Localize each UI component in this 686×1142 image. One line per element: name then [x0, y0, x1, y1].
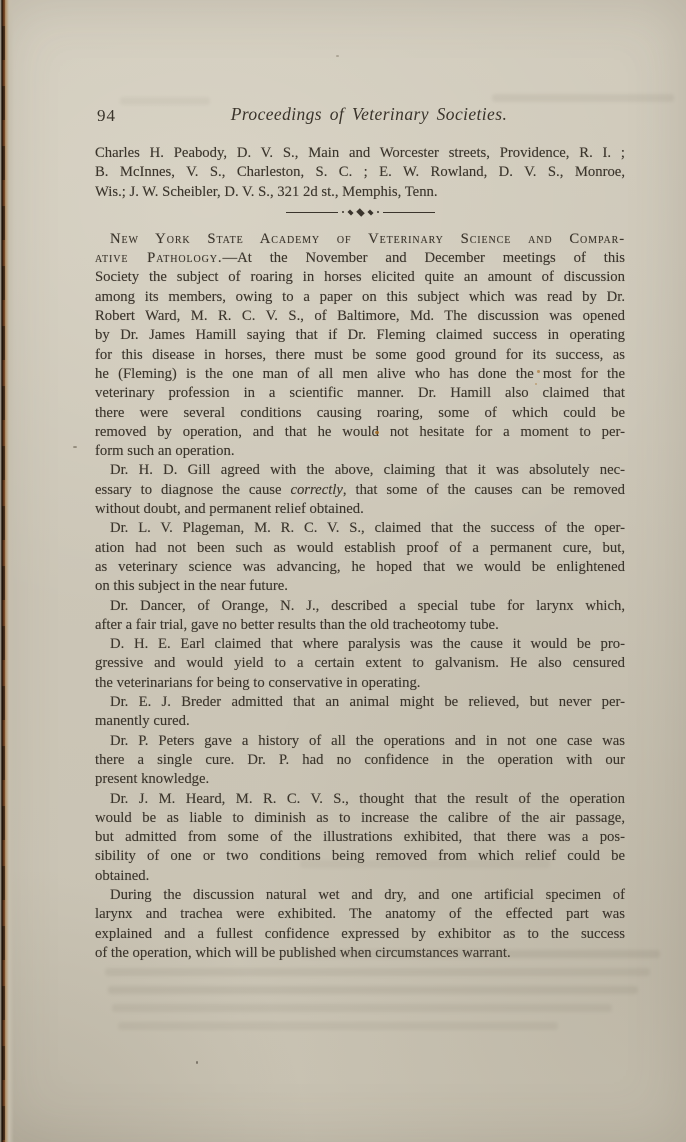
text-run: would be as liable to diminish as to inc… — [95, 810, 625, 826]
text-run: obtained. — [95, 868, 149, 884]
paragraph: Charles H. Peabody, D. V. S., Main and W… — [95, 144, 625, 202]
stain — [537, 370, 540, 373]
text-run: for this disease in horses, there must b… — [95, 347, 625, 363]
text-run: there a single cure. Dr. P. had no confi… — [95, 752, 625, 768]
text-run: Robert Ward, M. R. C. V. S., of Baltimor… — [95, 308, 625, 324]
bleed-through-ghost — [108, 986, 638, 994]
text-line: ation had not been such as would establi… — [95, 539, 625, 558]
running-head: 94 Proceedings of Veterinary Societies. — [95, 104, 629, 130]
text-line: without doubt, and permanent relief obta… — [95, 500, 625, 519]
text-run: Wis.; J. W. Scheibler, D. V. S., 321 2d … — [95, 184, 438, 200]
scanned-book-page: 94 Proceedings of Veterinary Societies. … — [0, 0, 686, 1142]
text-run: after a fair trial, gave no better resul… — [95, 617, 499, 633]
bleed-through-ghost — [300, 950, 660, 958]
text-line: gressive and would yield to a certain ex… — [95, 654, 625, 673]
text-line: by Dr. James Hamill saying that if Dr. F… — [95, 326, 625, 345]
text-line: Wis.; J. W. Scheibler, D. V. S., 321 2d … — [95, 183, 625, 202]
text-run: removed by operation, and that he would … — [95, 424, 625, 440]
paragraph: Dr. J. M. Heard, M. R. C. V. S., thought… — [95, 790, 625, 886]
text-run: without doubt, and permanent relief obta… — [95, 501, 364, 517]
text-line: manently cured. — [95, 712, 625, 731]
text-line: Dr. J. M. Heard, M. R. C. V. S., thought… — [95, 790, 625, 809]
text-line: the veterinarians for being to conservat… — [95, 674, 625, 693]
text-run: ation had not been such as would establi… — [95, 540, 625, 556]
text-line: among its members, owing to a paper on t… — [95, 288, 625, 307]
text-line: During the discussion natural wet and dr… — [95, 886, 625, 905]
text-line: there a single cure. Dr. P. had no confi… — [95, 751, 625, 770]
text-line: larynx and trachea were exhibited. The a… — [95, 905, 625, 924]
stain — [535, 383, 537, 385]
text-line: present knowledge. — [95, 770, 625, 789]
text-run: D. H. E. Earl claimed that where paralys… — [110, 636, 625, 652]
text-run: explained and a fullest confidence expre… — [95, 926, 625, 942]
text-line: veterinary profession in a scientific ma… — [95, 384, 625, 403]
text-run: , that some of the causes can be removed — [343, 482, 625, 498]
text-run: Dr. H. D. Gill agreed with the above, cl… — [110, 462, 625, 478]
paragraph: Dr. Dancer, of Orange, N. J., described … — [95, 597, 625, 636]
text-line: Dr. Dancer, of Orange, N. J., described … — [95, 597, 625, 616]
text-line: ative Pathology.—At the November and Dec… — [95, 249, 625, 268]
bleed-through-ghost — [118, 1022, 558, 1030]
text-line: Dr. H. D. Gill agreed with the above, cl… — [95, 461, 625, 480]
text-line: Dr. E. J. Breder admitted that an animal… — [95, 693, 625, 712]
text-run: Dr. L. V. Plageman, M. R. C. V. S., clai… — [110, 520, 625, 536]
text-run: there were several conditions causing ro… — [95, 405, 625, 421]
text-run: correctly — [290, 482, 342, 498]
text-line: B. McInnes, V. S., Charleston, S. C. ; E… — [95, 163, 625, 182]
divider-ornament-icon — [342, 211, 344, 213]
bleed-through-ghost — [112, 1004, 612, 1012]
text-line: Society the subject of roaring in horses… — [95, 268, 625, 287]
bleed-through-ghost — [300, 860, 550, 868]
text-run: the veterinarians for being to conservat… — [95, 675, 420, 691]
text-run: Charles H. Peabody, D. V. S., Main and W… — [95, 145, 625, 161]
text-run: ative Pathology. — [95, 250, 222, 266]
text-run: Dr. J. M. Heard, M. R. C. V. S., thought… — [110, 791, 625, 807]
text-run: B. McInnes, V. S., Charleston, S. C. ; E… — [95, 164, 625, 180]
text-line: he (Fleming) is the one man of all men a… — [95, 365, 625, 384]
text-run: During the discussion natural wet and dr… — [110, 887, 625, 903]
divider-rule — [383, 212, 435, 213]
text-line: D. H. E. Earl claimed that where paralys… — [95, 635, 625, 654]
text-run: —At the November and December meetings o… — [222, 250, 625, 266]
paragraph: Dr. P. Peters gave a history of all the … — [95, 732, 625, 790]
text-run: gressive and would yield to a certain ex… — [95, 655, 625, 671]
text-run: present knowledge. — [95, 771, 209, 787]
divider-ornament-icon — [367, 209, 373, 215]
text-line: removed by operation, and that he would … — [95, 423, 625, 442]
text-line: there were several conditions causing ro… — [95, 404, 625, 423]
text-line: Robert Ward, M. R. C. V. S., of Baltimor… — [95, 307, 625, 326]
paragraph: D. H. E. Earl claimed that where paralys… — [95, 635, 625, 693]
section-divider — [95, 208, 625, 217]
text-run: larynx and trachea were exhibited. The a… — [95, 906, 625, 922]
text-run: Dr. E. J. Breder admitted that an animal… — [110, 694, 625, 710]
text-run: manently cured. — [95, 713, 190, 729]
text-line: form such an operation. — [95, 442, 625, 461]
text-line: on this subject in the near future. — [95, 577, 625, 596]
text-column: Charles H. Peabody, D. V. S., Main and W… — [95, 144, 625, 963]
text-line: but admitted from some of the illustrati… — [95, 828, 625, 847]
divider-ornament-icon — [347, 209, 353, 215]
text-run: he (Fleming) is the one man of all men a… — [95, 366, 625, 382]
bleed-through-ghost — [105, 968, 650, 976]
text-run: Dr. P. Peters gave a history of all the … — [110, 733, 625, 749]
text-line: Charles H. Peabody, D. V. S., Main and W… — [95, 144, 625, 163]
bleed-through-ghost — [492, 94, 674, 102]
paragraph: New York State Academy of Veterinary Sci… — [95, 230, 625, 462]
paragraph: Dr. H. D. Gill agreed with the above, cl… — [95, 461, 625, 519]
divider-ornament-icon — [356, 208, 365, 217]
text-run: Dr. Dancer, of Orange, N. J., described … — [110, 598, 625, 614]
text-line: Dr. P. Peters gave a history of all the … — [95, 732, 625, 751]
stain — [336, 55, 339, 57]
text-run: Society the subject of roaring in horses… — [95, 269, 625, 285]
stain — [73, 446, 77, 448]
text-run: by Dr. James Hamill saying that if Dr. F… — [95, 327, 625, 343]
paragraph: Dr. E. J. Breder admitted that an animal… — [95, 693, 625, 732]
text-line: essary to diagnose the cause correctly, … — [95, 481, 625, 500]
text-line: Dr. L. V. Plageman, M. R. C. V. S., clai… — [95, 519, 625, 538]
stain — [196, 1061, 198, 1064]
text-run: essary to diagnose the cause — [95, 482, 290, 498]
paragraph: Dr. L. V. Plageman, M. R. C. V. S., clai… — [95, 519, 625, 596]
bleed-through-ghost — [120, 97, 210, 105]
text-run: on this subject in the near future. — [95, 578, 288, 594]
stain — [375, 431, 379, 434]
text-line: as veterinary science was advancing, he … — [95, 558, 625, 577]
text-run: form such an operation. — [95, 443, 235, 459]
text-run: veterinary profession in a scientific ma… — [95, 385, 625, 401]
text-run: but admitted from some of the illustrati… — [95, 829, 625, 845]
text-run: as veterinary science was advancing, he … — [95, 559, 625, 575]
text-line: after a fair trial, gave no better resul… — [95, 616, 625, 635]
binding-edge — [0, 0, 14, 1142]
text-line: obtained. — [95, 867, 625, 886]
text-line: explained and a fullest confidence expre… — [95, 925, 625, 944]
running-title: Proceedings of Veterinary Societies. — [95, 104, 643, 125]
text-run: among its members, owing to a paper on t… — [95, 289, 625, 305]
text-line: for this disease in horses, there must b… — [95, 346, 625, 365]
text-line: would be as liable to diminish as to inc… — [95, 809, 625, 828]
divider-rule — [286, 212, 338, 213]
text-run: New York State Academy of Veterinary Sci… — [110, 231, 625, 247]
text-line: New York State Academy of Veterinary Sci… — [95, 230, 625, 249]
divider-ornament-icon — [377, 211, 379, 213]
